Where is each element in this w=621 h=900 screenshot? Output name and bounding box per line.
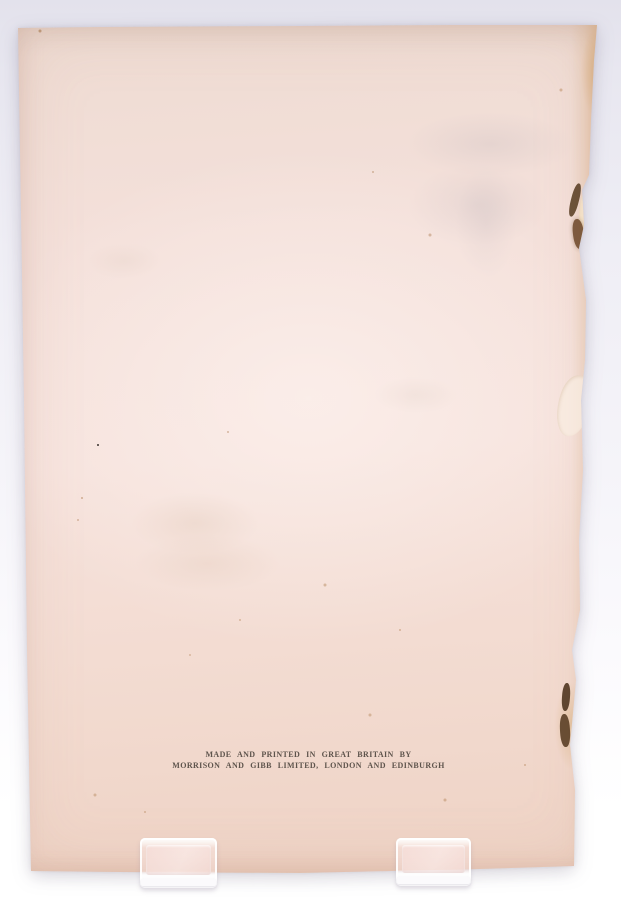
display-stand-right xyxy=(396,838,471,886)
book-page-wrap: MADE AND PRINTED IN GREAT BRITAIN BY MOR… xyxy=(0,0,621,900)
colophon: MADE AND PRINTED IN GREAT BRITAIN BY MOR… xyxy=(36,749,581,771)
right-edge-foxing xyxy=(571,23,601,876)
display-stand-right-face xyxy=(402,845,465,873)
display-stand-left-base xyxy=(141,879,216,886)
surface-chip xyxy=(554,373,594,439)
display-stand-left xyxy=(140,838,217,888)
book-page: MADE AND PRINTED IN GREAT BRITAIN BY MOR… xyxy=(16,23,601,876)
colophon-line-2: MORRISON AND GIBB LIMITED, LONDON AND ED… xyxy=(36,760,581,771)
display-stand-left-face xyxy=(146,845,211,875)
display-stand-right-base xyxy=(397,877,470,884)
photograph: MADE AND PRINTED IN GREAT BRITAIN BY MOR… xyxy=(0,0,621,900)
colophon-line-1: MADE AND PRINTED IN GREAT BRITAIN BY xyxy=(36,749,581,760)
